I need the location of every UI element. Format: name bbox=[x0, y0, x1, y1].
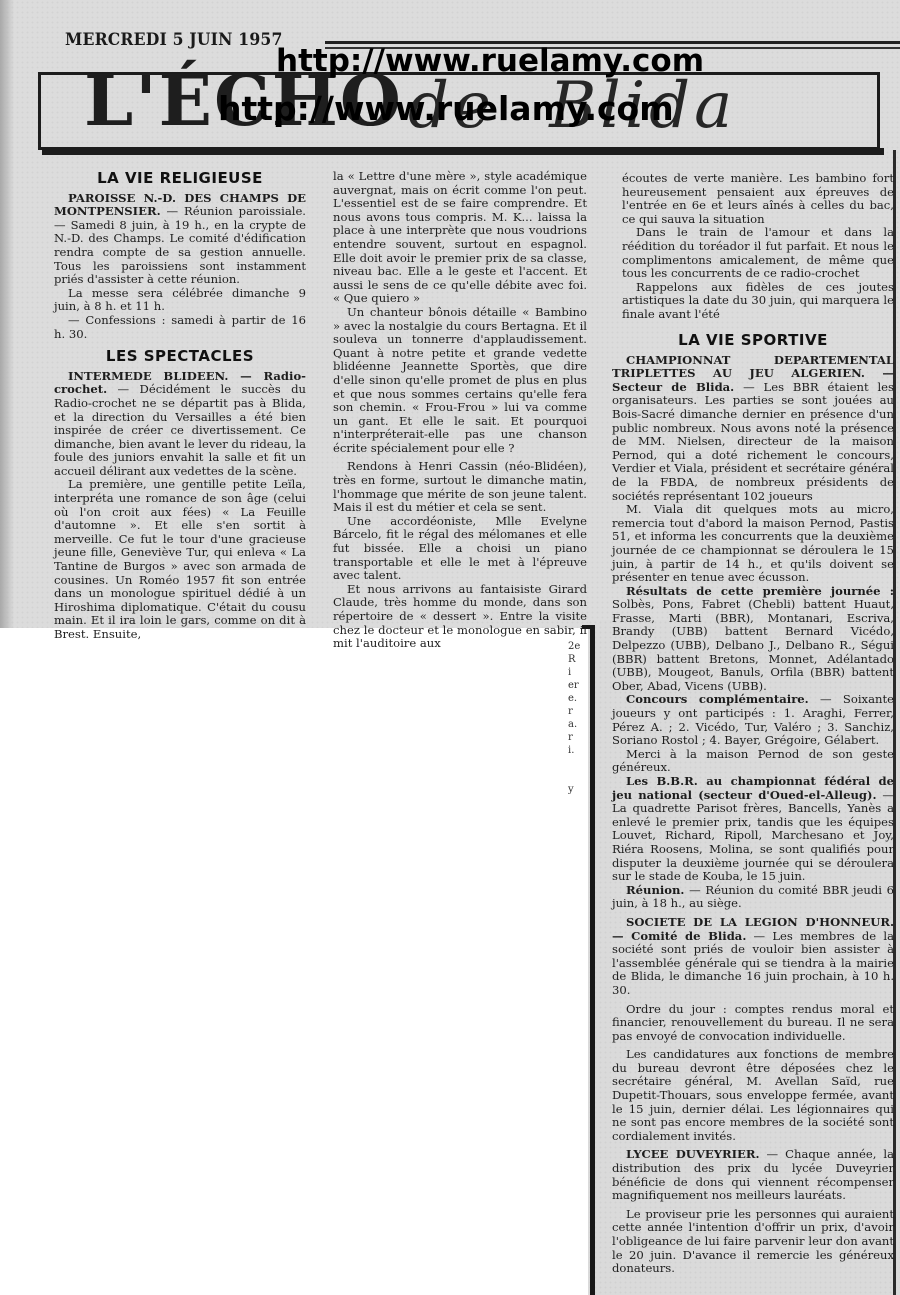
edge-fragment: r bbox=[568, 705, 588, 718]
paragraph-lettre: la « Lettre d'une mère », style académiq… bbox=[333, 170, 587, 306]
paragraph-reunion: Réunion. — Réunion du comité BBR jeudi 6… bbox=[612, 884, 894, 911]
dateline: MERCREDI 5 JUIN 1957 bbox=[65, 30, 283, 50]
cropped-neighbor-text: 2eRiere.ra.ri. y bbox=[568, 640, 588, 796]
edge-fragment: er bbox=[568, 679, 588, 692]
paragraph-chanteur: Un chanteur bônois détaille « Bambino » … bbox=[333, 306, 587, 456]
edge-fragment: y bbox=[568, 783, 588, 796]
body-intermede: — Décidément le succès du Radio-crochet … bbox=[54, 382, 306, 478]
paragraph-resultats: Résultats de cette première journée : So… bbox=[612, 585, 894, 694]
masthead-bottom-rule bbox=[42, 148, 884, 155]
paragraph-intermede: INTERMEDE BLIDEEN. — Radio-crochet. — Dé… bbox=[54, 370, 306, 479]
edge-fragment: 2e bbox=[568, 640, 588, 653]
paragraph-train: Dans le train de l'amour et dans la rééd… bbox=[622, 226, 894, 280]
paragraph-cassin: Rendons à Henri Cassin (néo-Blidéen), tr… bbox=[333, 460, 587, 514]
paragraph-merci: Merci à la maison Pernod de son geste gé… bbox=[612, 748, 894, 775]
column-2: la « Lettre d'une mère », style académiq… bbox=[333, 170, 587, 651]
edge-fragment: r bbox=[568, 731, 588, 744]
body-resultats: Solbès, Pons, Fabret (Chebli) battent Hu… bbox=[612, 597, 894, 693]
edge-fragment: i. bbox=[568, 744, 588, 757]
paragraph-premiere: La première, une gentille petite Leïla, … bbox=[54, 478, 306, 641]
edge-fragment bbox=[568, 757, 588, 770]
paragraph-ecoutes: écoutes de verte manière. Les bambino fo… bbox=[622, 172, 894, 226]
paragraph-legion: SOCIETE DE LA LEGION D'HONNEUR. — Comité… bbox=[612, 916, 894, 998]
paragraph-confessions: — Confessions : samedi à partir de 16 h.… bbox=[54, 314, 306, 341]
paragraph-viala: M. Viala dit quelques mots au micro, rem… bbox=[612, 503, 894, 585]
paragraph-fantaisiste: Et nous arrivons au fantaisiste Girard C… bbox=[333, 583, 587, 651]
edge-fragment: a. bbox=[568, 718, 588, 731]
paragraph-ordre: Ordre du jour : comptes rendus moral et … bbox=[612, 1003, 894, 1044]
paragraph-messe: La messe sera célébrée dimanche 9 juin, … bbox=[54, 287, 306, 314]
column-1: LA VIE RELIGIEUSE PAROISSE N.-D. DES CHA… bbox=[54, 168, 306, 642]
lead-bbr: Les B.B.R. au championnat fédéral de jeu… bbox=[612, 774, 894, 802]
paragraph-bbr: Les B.B.R. au championnat fédéral de jeu… bbox=[612, 775, 894, 884]
paragraph-concours: Concours complémentaire. — Soixante joue… bbox=[612, 693, 894, 747]
lead-concours: Concours complémentaire. bbox=[626, 692, 809, 706]
paragraph-accordeoniste: Une accordéoniste, Mlle Evelyne Bárcelo,… bbox=[333, 515, 587, 583]
paragraph-paroisse: PAROISSE N.-D. DES CHAMPS DE MONTPENSIER… bbox=[54, 192, 306, 287]
section-heading-religion: LA VIE RELIGIEUSE bbox=[54, 172, 306, 186]
edge-fragment: e. bbox=[568, 692, 588, 705]
lead-reunion: Réunion. bbox=[626, 883, 684, 897]
edge-fragment bbox=[568, 770, 588, 783]
lead-lycee: LYCEE DUVEYRIER. bbox=[626, 1147, 760, 1161]
section-heading-spectacles: LES SPECTACLES bbox=[54, 350, 306, 364]
paragraph-lycee: LYCEE DUVEYRIER. — Chaque année, la dist… bbox=[612, 1148, 894, 1202]
paragraph-championnat: CHAMPIONNAT DEPARTEMENTAL TRIPLETTES AU … bbox=[612, 354, 894, 504]
section-heading-sport: LA VIE SPORTIVE bbox=[612, 334, 894, 348]
column-3: écoutes de verte manière. Les bambino fo… bbox=[622, 172, 894, 322]
body-championnat: — Les BBR étaient les organisateurs. Les… bbox=[612, 380, 894, 503]
paragraph-candidatures: Les candidatures aux fonctions de membre… bbox=[612, 1048, 894, 1143]
paragraph-rappelons: Rappelons aux fidèles de ces joutes arti… bbox=[622, 281, 894, 322]
body-bbr: — La quadrette Parisot frères, Bancells,… bbox=[612, 788, 894, 884]
edge-fragment: i bbox=[568, 666, 588, 679]
watermark-url-1: http://www.ruelamy.com bbox=[276, 46, 704, 77]
column-4: LA VIE SPORTIVE CHAMPIONNAT DEPARTEMENTA… bbox=[612, 330, 894, 1276]
column-rule bbox=[590, 625, 595, 1295]
watermark-url-2: http://www.ruelamy.com bbox=[218, 92, 674, 125]
paragraph-proviseur: Le proviseur prie les personnes qui aura… bbox=[612, 1208, 894, 1276]
lead-resultats: Résultats de cette première journée : bbox=[626, 584, 894, 598]
scan-edge-shadow bbox=[0, 0, 14, 628]
edge-fragment: R bbox=[568, 653, 588, 666]
